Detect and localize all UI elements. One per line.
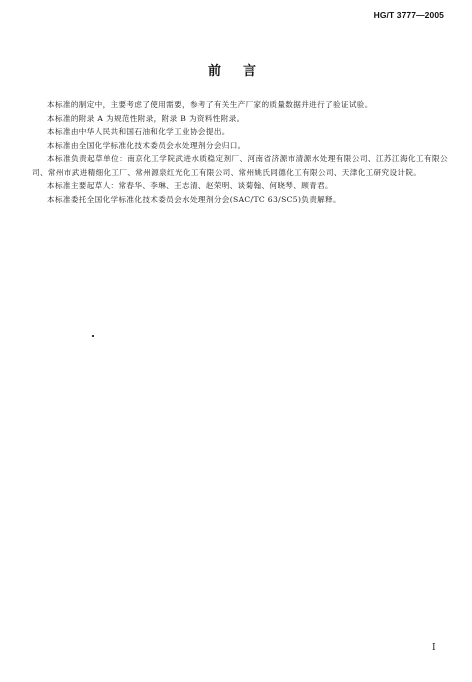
scan-speck: [92, 335, 94, 337]
standard-code-header: HG/T 3777—2005: [374, 10, 444, 20]
paragraph-centralized-by: 本标准由全国化学标准化技术委员会水处理剂分会归口。: [32, 139, 448, 153]
foreword-body: 本标准的制定中，主要考虑了使用需要，参考了有关生产厂家的质量数据并进行了验证试验…: [32, 98, 448, 206]
page-number: I: [432, 643, 436, 653]
page-title: 前言: [0, 60, 472, 79]
paragraph-drafting-units: 本标准负责起草单位：南京化工学院武进水质稳定剂厂、河南省济源市清源水处理有限公司…: [32, 152, 448, 179]
paragraph-proposed-by: 本标准由中华人民共和国石油和化学工业协会提出。: [32, 125, 448, 139]
paragraph-drafting-basis: 本标准的制定中，主要考虑了使用需要，参考了有关生产厂家的质量数据并进行了验证试验…: [32, 98, 448, 112]
paragraph-main-drafters: 本标准主要起草人：常春华、李琳、王志清、赵荣明、谈菊翰、何晓琴、顾青君。: [32, 179, 448, 193]
paragraph-interpretation: 本标准委托全国化学标准化技术委员会水处理剂分会(SAC/TC 63/SC5)负责…: [32, 193, 448, 207]
paragraph-annexes: 本标准的附录 A 为规范性附录，附录 B 为资料性附录。: [32, 112, 448, 126]
